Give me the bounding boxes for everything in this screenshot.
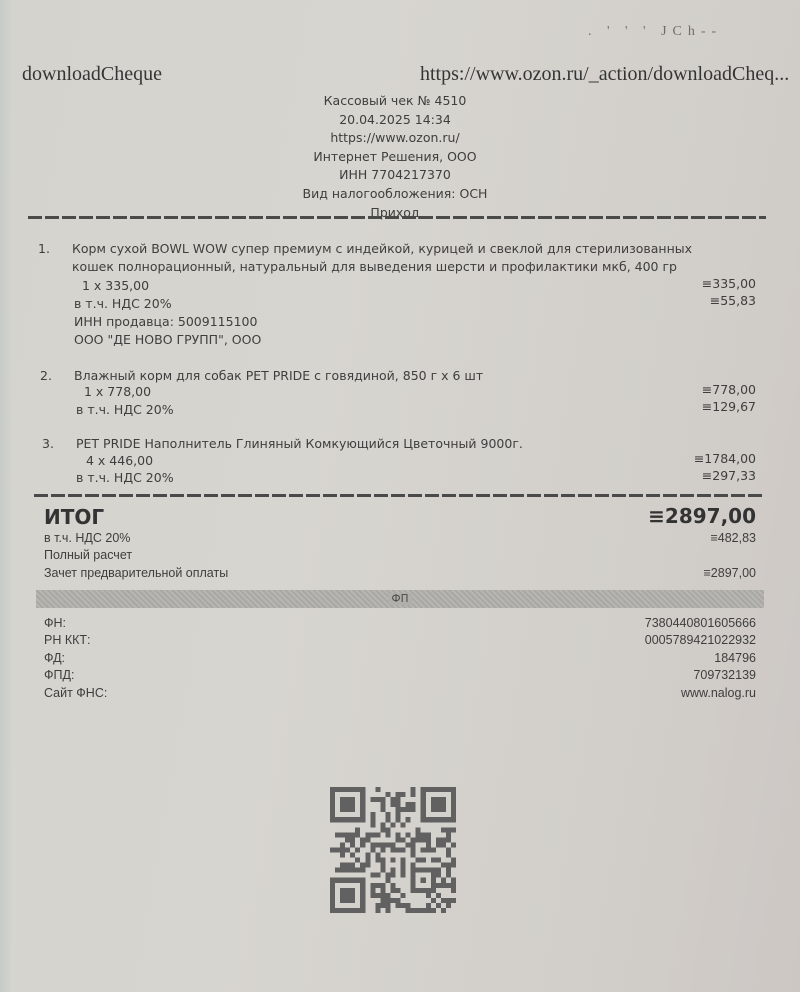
item-name-line1: Влажный корм для собак PET PRIDE с говяд… xyxy=(74,368,483,383)
prepayment-value: ≡2897,00 xyxy=(704,566,756,580)
bleed-through-text: . ' ' ' JCh-- xyxy=(588,24,722,40)
prepayment-label: Зачет предварительной оплаты xyxy=(44,566,228,580)
fiscal-sign-bar: ФП xyxy=(36,590,764,608)
item-name-line1: PET PRIDE Наполнитель Глиняный Комкующий… xyxy=(76,436,523,451)
receipt-site: https://www.ozon.ru/ xyxy=(0,129,790,148)
item-vat-label: в т.ч. НДС 20% xyxy=(74,296,172,311)
item-sum: ≡335,00 xyxy=(702,276,756,291)
item-qty-price: 4 x 446,00 xyxy=(86,453,153,468)
item-seller-inn: ИНН продавца: 5009115100 xyxy=(74,314,257,329)
item-vat: ≡55,83 xyxy=(710,293,756,308)
total-vat-label: в т.ч. НДС 20% xyxy=(44,531,130,545)
item-seller-name: ООО "ДЕ НОВО ГРУПП", ООО xyxy=(74,332,261,347)
fiscal-fn-label: ФН: xyxy=(44,616,66,630)
total-vat-value: ≡482,83 xyxy=(710,531,756,545)
item-vat-label: в т.ч. НДС 20% xyxy=(76,402,174,417)
receipt-company: Интернет Решения, ООО xyxy=(0,148,790,167)
receipt-datetime: 20.04.2025 14:34 xyxy=(0,111,790,130)
total-label: ИТОГ xyxy=(44,505,104,529)
fiscal-rnkkt-value: 0005789421022932 xyxy=(645,633,756,647)
print-header-title: downloadCheque xyxy=(22,63,162,86)
fiscal-fpd-value: 709732139 xyxy=(693,668,756,682)
fiscal-site-label: Сайт ФНС: xyxy=(44,686,107,700)
item-index: 2. xyxy=(40,368,52,383)
fiscal-fd-label: ФД: xyxy=(44,651,65,665)
item-vat: ≡129,67 xyxy=(702,399,756,414)
item-sum: ≡1784,00 xyxy=(694,451,756,466)
item-vat: ≡297,33 xyxy=(702,468,756,483)
fiscal-rnkkt-label: РН ККТ: xyxy=(44,633,91,647)
item-name-line2: кошек полнорационный, натуральный для вы… xyxy=(72,259,677,274)
fiscal-site-value: www.nalog.ru xyxy=(681,686,756,700)
divider-top xyxy=(28,216,766,219)
receipt-header: Кассовый чек № 4510 20.04.2025 14:34 htt… xyxy=(0,92,790,222)
receipt-inn: ИНН 7704217370 xyxy=(0,166,790,185)
receipt-title: Кассовый чек № 4510 xyxy=(0,92,790,111)
item-vat-label: в т.ч. НДС 20% xyxy=(76,470,174,485)
print-header-url: https://www.ozon.ru/_action/downloadCheq… xyxy=(420,63,789,86)
fiscal-sign-label: ФП xyxy=(388,593,413,605)
fiscal-fd-value: 184796 xyxy=(714,651,756,665)
receipt-operation: Приход xyxy=(0,204,790,223)
item-name-line1: Корм сухой BOWL WOW супер премиум с инде… xyxy=(72,241,692,256)
fiscal-fn-value: 7380440801605666 xyxy=(645,616,756,630)
fiscal-fpd-label: ФПД: xyxy=(44,668,74,682)
item-sum: ≡778,00 xyxy=(702,382,756,397)
item-qty-price: 1 x 335,00 xyxy=(82,278,149,293)
receipt-tax-system: Вид налогообложения: ОСН xyxy=(0,185,790,204)
divider-bottom xyxy=(34,494,762,497)
item-index: 1. xyxy=(38,241,50,256)
item-qty-price: 1 x 778,00 xyxy=(84,384,151,399)
payment-type: Полный расчет xyxy=(44,548,132,562)
qr-code xyxy=(330,787,456,913)
item-index: 3. xyxy=(42,436,54,451)
total-value: ≡2897,00 xyxy=(648,504,756,528)
